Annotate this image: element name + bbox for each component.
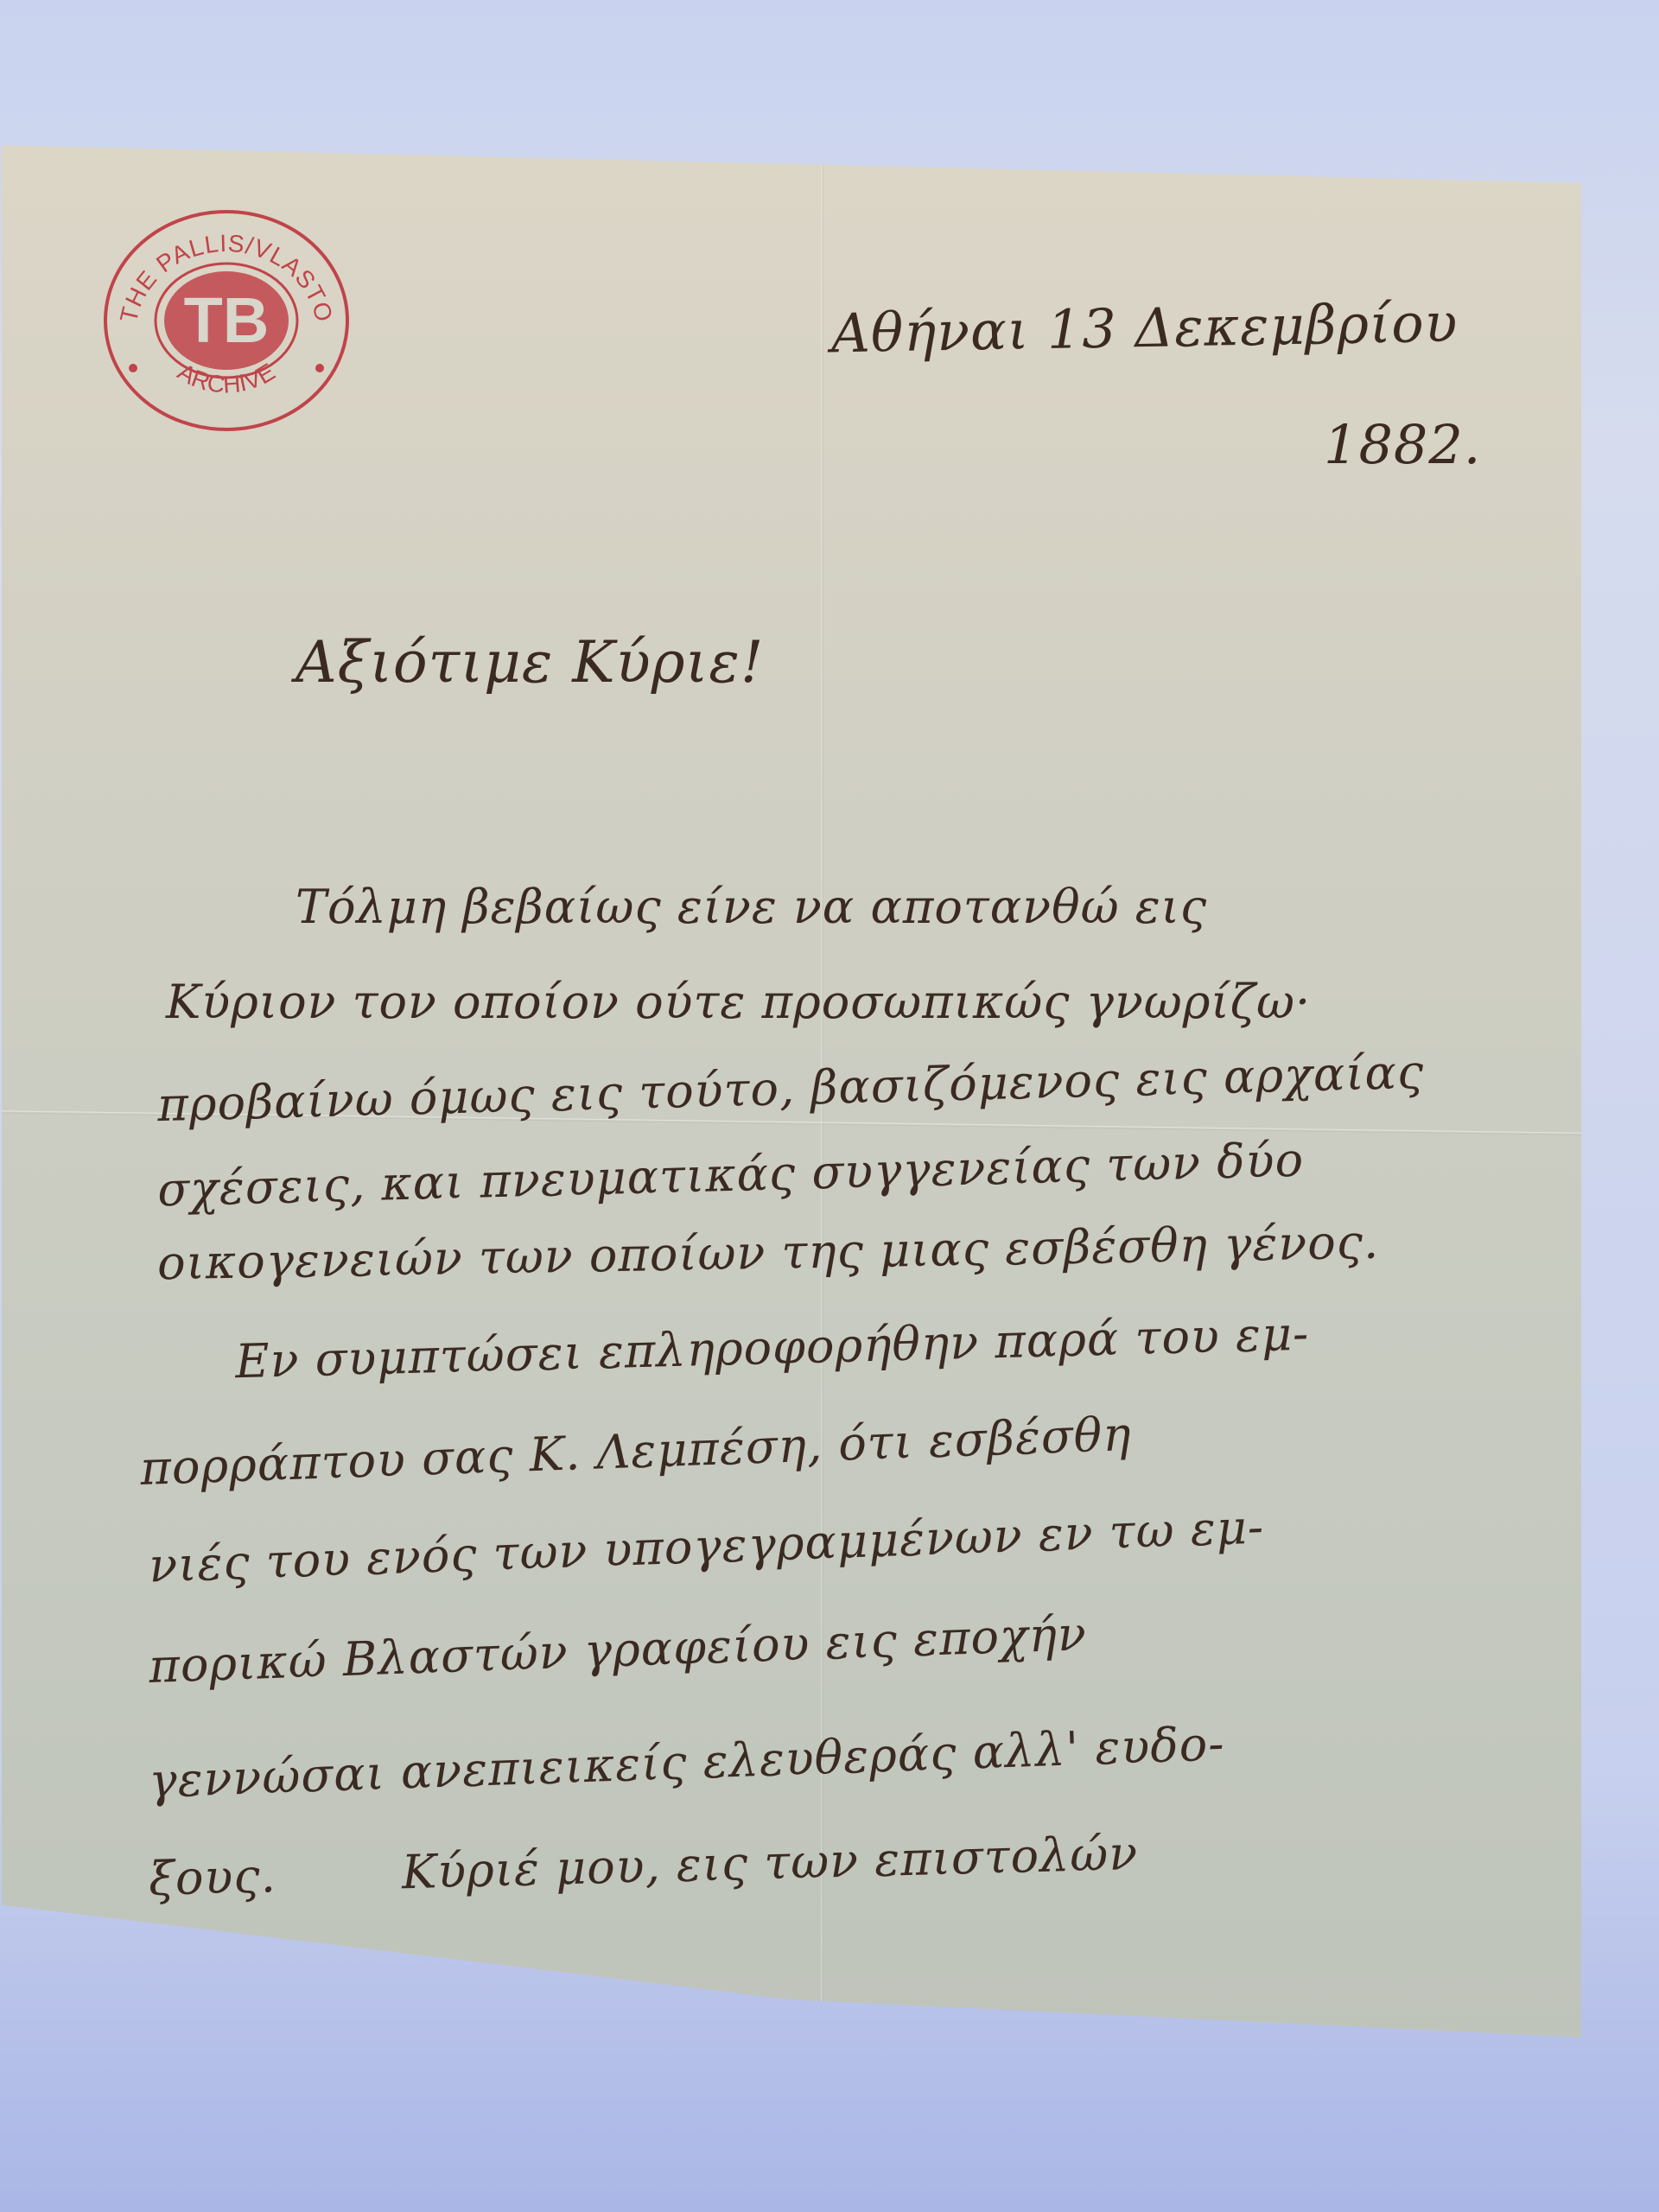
archive-stamp-icon: TB THE PALLIS/VLASTO ARCHIVE — [97, 204, 356, 437]
stamp-monogram: TB — [184, 284, 270, 356]
letter-line: ξους. Κύριέ μου, εις των επιστολών — [148, 1826, 1138, 1906]
letter-year: 1882. — [1324, 413, 1482, 476]
letter-line: νιές του ενός των υπογεγραμμένων εν τω ε… — [148, 1499, 1265, 1592]
letter-line: πορράπτου σας Κ. Λεμπέση, ότι εσβέσθη — [139, 1407, 1132, 1496]
archive-stamp: TB THE PALLIS/VLASTO ARCHIVE — [97, 204, 356, 437]
letter-line: πορικώ Βλαστών γραφείου εις εποχήν — [148, 1606, 1088, 1694]
letter-salutation: Αξιότιμε Κύριε! — [296, 629, 764, 696]
letter-paper: TB THE PALLIS/VLASTO ARCHIVE Αθήναι 13 Δ… — [2, 145, 1581, 2037]
letter-line: Τόλμη βεβαίως είνε να αποτανθώ εις — [296, 880, 1207, 934]
letter-place-date: Αθήναι 13 Δεκεμβρίου — [830, 291, 1458, 365]
letter-line: Εν συμπτώσει επληροφορήθην παρά του εμ- — [234, 1306, 1310, 1389]
letter-line: προβαίνω όμως εις τούτο, βασιζόμενος εις… — [156, 1045, 1424, 1132]
letter-line: γεννώσαι ανεπιεικείς ελευθεράς αλλ' ευδο… — [148, 1716, 1225, 1808]
letter-line: οικογενειών των οποίων της μιας εσβέσθη … — [157, 1215, 1380, 1291]
letter-line: Κύριον τον οποίον ούτε προσωπικώς γνωρίζ… — [166, 975, 1311, 1029]
letter-line: σχέσεις, και πνευματικάς συγγενείας των … — [156, 1133, 1304, 1217]
